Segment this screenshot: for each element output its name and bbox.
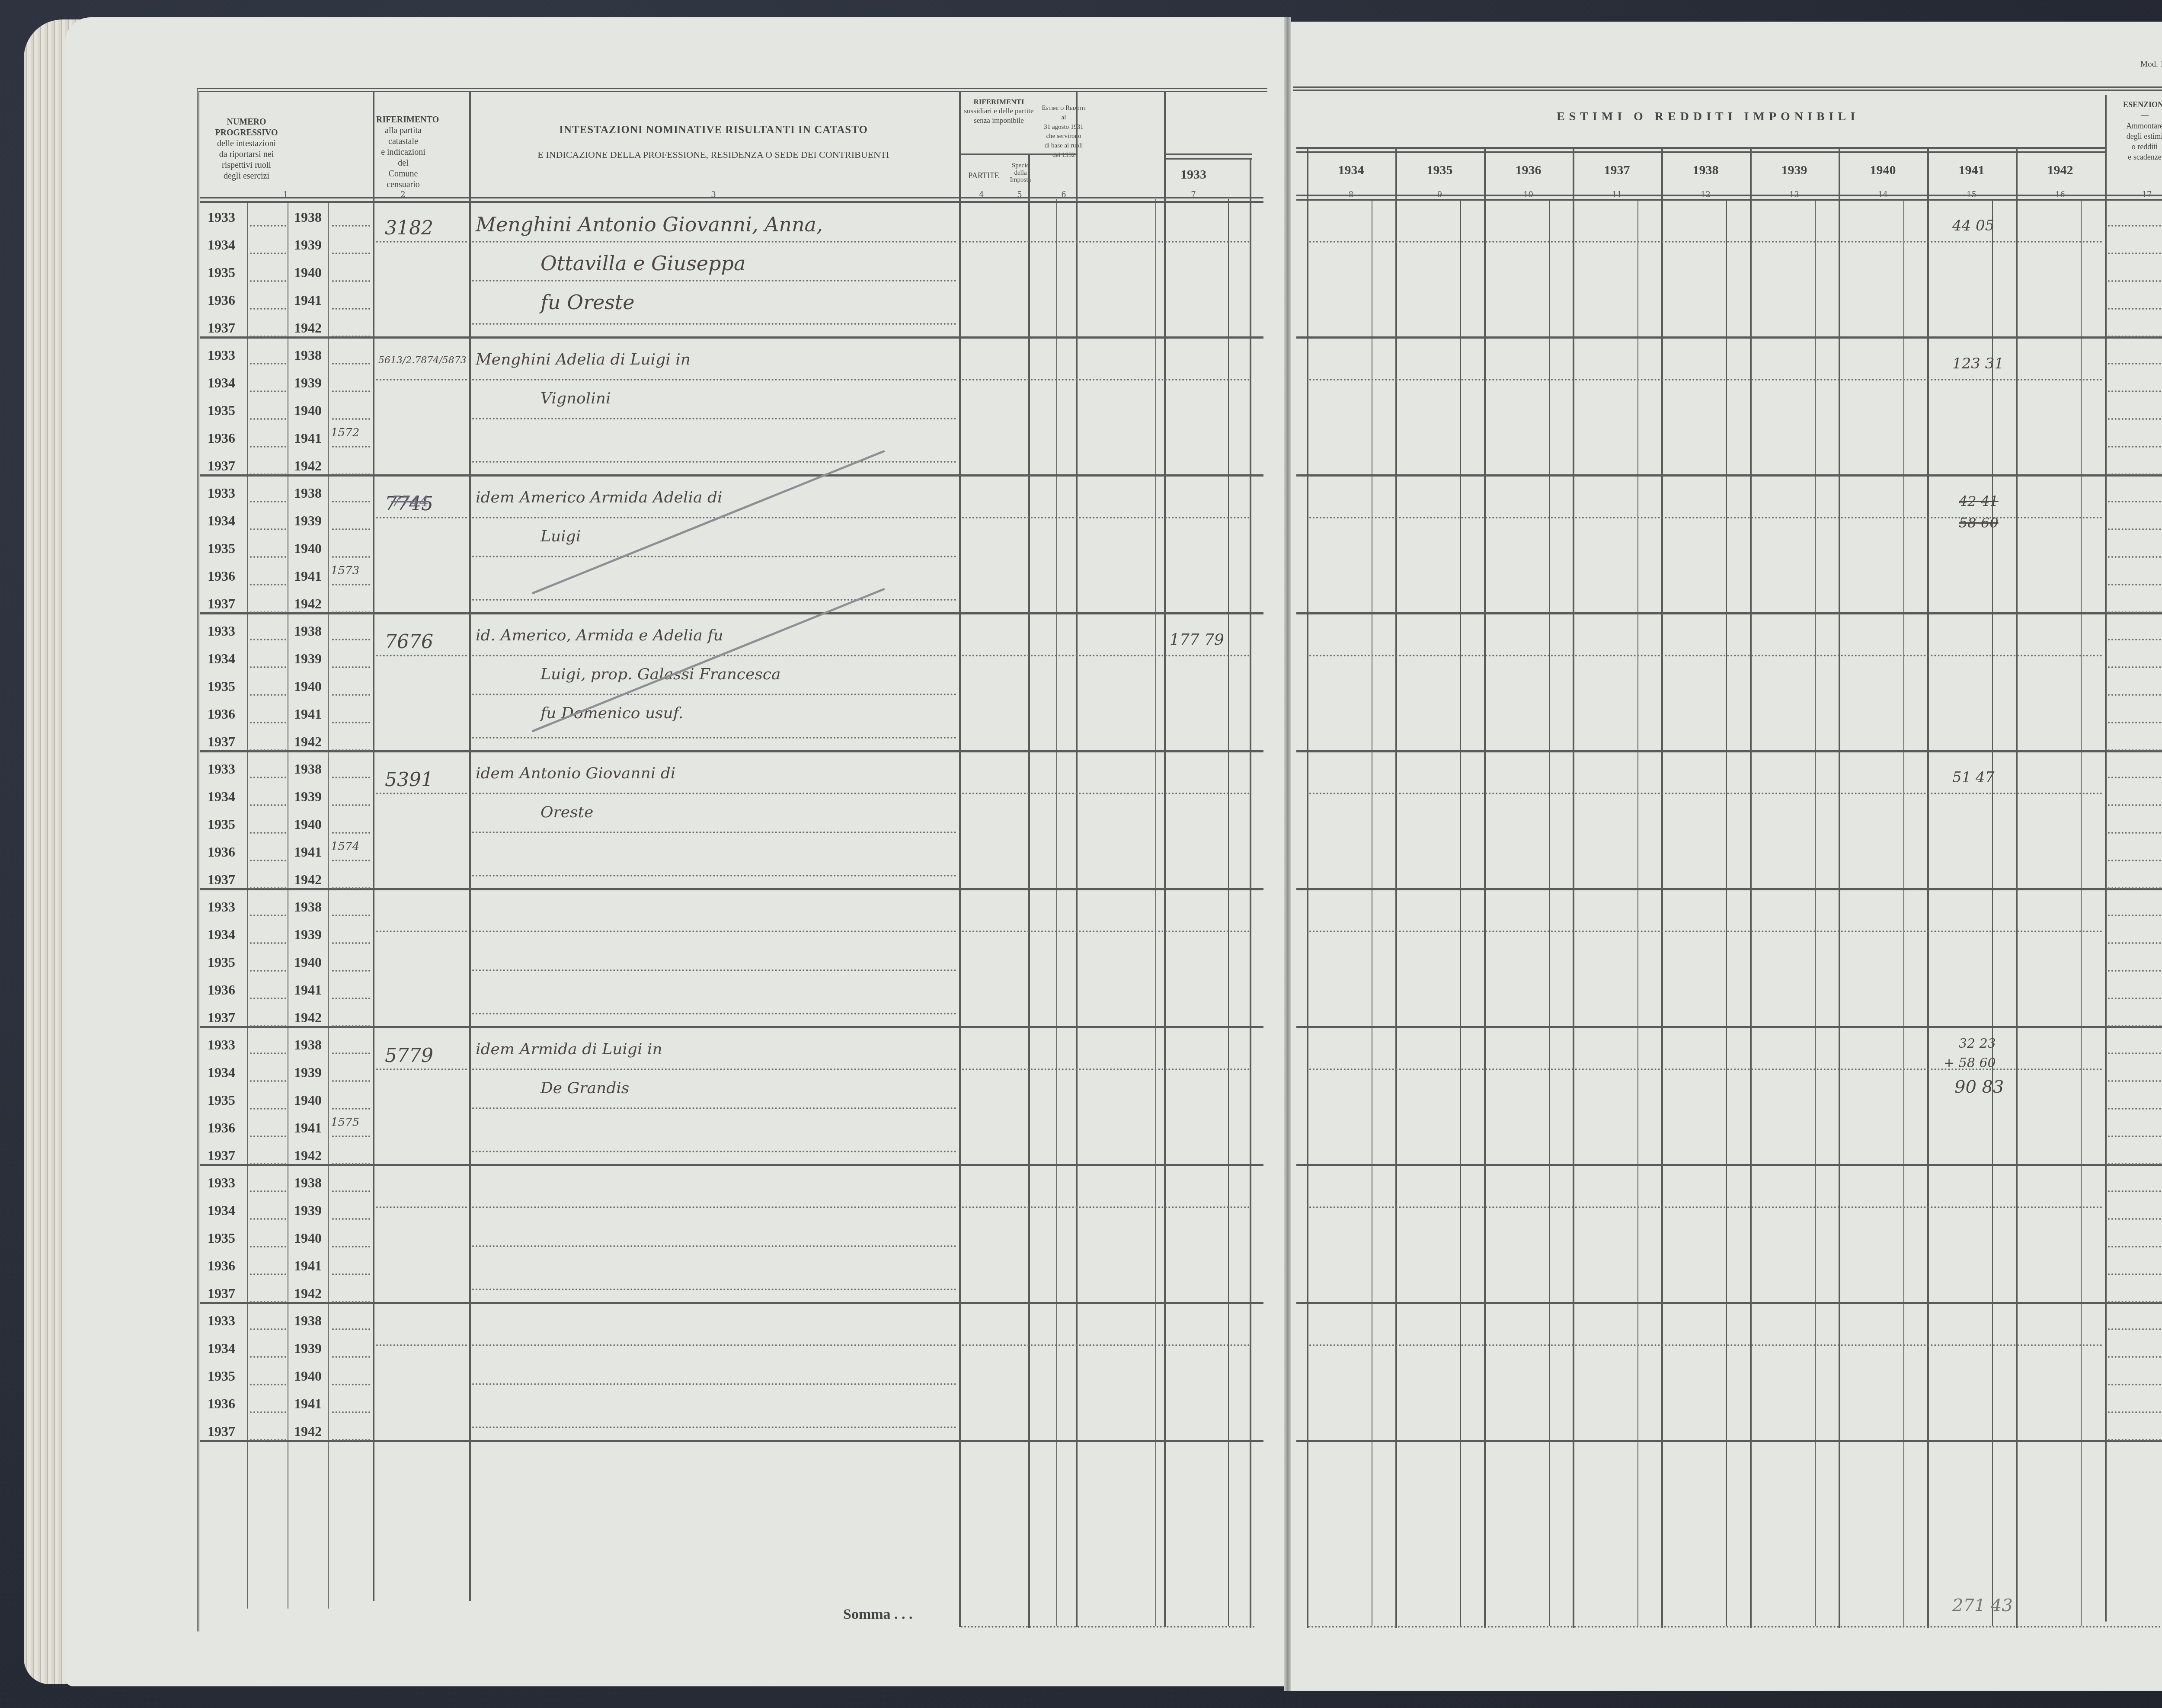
year-dots: [250, 1218, 286, 1220]
year-dots: [332, 777, 370, 778]
exemption-dots: [2108, 998, 2162, 999]
col-divider: [2105, 95, 2107, 1622]
exemption-dots: [2108, 556, 2162, 558]
exemption-dots: [2108, 473, 2162, 475]
cents-divider: [1460, 199, 1461, 1626]
name-line: [472, 241, 956, 243]
exemption-dots: [2108, 749, 2162, 751]
col-divider: [469, 92, 471, 1601]
year-dots: [250, 915, 286, 916]
year-label: 1940: [294, 541, 322, 557]
year-dots: [332, 1273, 370, 1275]
year-dots: [250, 694, 286, 696]
cents-divider: [1726, 199, 1727, 1626]
year-label: 1940: [294, 1230, 322, 1246]
value-line: [962, 1206, 1250, 1208]
year-dots: [332, 1190, 370, 1192]
year-dots: [332, 280, 370, 282]
exemption-dots: [2108, 501, 2162, 502]
year-dots: [332, 418, 370, 420]
year-dots: [250, 970, 286, 972]
header-col2-title: RIFERIMENTO: [376, 115, 430, 125]
col-divider: [1076, 92, 1078, 1627]
col-divider: [959, 92, 961, 1627]
header-col6: Estimi o Redditi al 31 agosto 1931 che s…: [1036, 104, 1092, 160]
value-line: [1309, 241, 2103, 243]
year-label: 1942: [294, 596, 322, 612]
estimi-title: ESTIMI O REDDITI IMPONIBILI: [1427, 109, 1989, 124]
name-line-text: Vignolini: [540, 390, 611, 407]
year-dots: [250, 777, 286, 778]
year-dots: [250, 584, 286, 585]
name-line: [472, 931, 956, 932]
value-1941: 58 60: [1959, 515, 1999, 531]
calc-b: + 58 60: [1944, 1056, 1996, 1071]
name-line: [472, 1206, 956, 1208]
year-label: 1937: [208, 1286, 235, 1302]
year-dots: [250, 639, 286, 640]
year-label: 1936: [208, 1396, 235, 1412]
year-label: 1941: [294, 1258, 322, 1274]
col-divider: [373, 92, 374, 1601]
year-dots: [250, 942, 286, 944]
year-label: 1938: [294, 623, 322, 639]
year-label: 1938: [294, 1037, 322, 1053]
year-label: 1942: [294, 1423, 322, 1439]
year-label: 1938: [294, 1313, 322, 1329]
year-label: 1942: [294, 1148, 322, 1164]
year-label: 1938: [294, 1175, 322, 1191]
name-line: [472, 694, 956, 695]
name-line: [472, 969, 956, 971]
year-label: 1934: [208, 375, 235, 391]
col17-dash: —: [2106, 110, 2162, 120]
year-dots: [332, 363, 370, 365]
sum-dots: [1308, 1626, 2162, 1628]
header-rule: [1166, 154, 1252, 160]
year-dots: [332, 336, 370, 337]
name-line: [472, 1289, 956, 1290]
col-divider: [1164, 92, 1166, 1627]
year-label: 1934: [208, 1203, 235, 1219]
years-rule: [1296, 147, 2105, 153]
exemption-dots: [2108, 611, 2162, 613]
year-dots: [332, 253, 370, 254]
value-line: [1309, 931, 2103, 932]
name-line: [472, 737, 956, 739]
col6-line: di base ai ruoli: [1036, 141, 1092, 151]
header-col17: ESENZIONI — Ammontare degli estimi o red…: [2106, 99, 2162, 163]
block-rule: [1296, 1164, 2162, 1166]
name-line: [472, 832, 956, 833]
value-line: [962, 793, 1250, 794]
year-label: 1933: [208, 209, 235, 225]
block-rule: [1296, 474, 2162, 477]
value-line: [1309, 1344, 2103, 1346]
year-label: 1939: [294, 927, 322, 943]
name-line: [472, 599, 956, 601]
value-1941: 123 31: [1952, 355, 2004, 372]
year-dots: [332, 1135, 370, 1137]
year-dots: [250, 308, 286, 310]
year-label: 1939: [294, 375, 322, 391]
exemption-dots: [2108, 1025, 2162, 1027]
year-label: 1940: [294, 265, 322, 281]
year-label: 1941: [294, 1396, 322, 1412]
exemption-dots: [2108, 887, 2162, 889]
year-label: 1935: [208, 816, 235, 832]
header-col2-sub: e indicazioni: [376, 147, 430, 158]
year-dots: [250, 1025, 286, 1027]
exemption-dots: [2108, 225, 2162, 227]
year-label: 1936: [208, 982, 235, 998]
name-line-text: Menghini Antonio Giovanni, Anna,: [476, 213, 823, 236]
value-line: [962, 379, 1250, 381]
year-dots: [332, 556, 370, 558]
year-label: 1941: [294, 292, 322, 308]
col-divider: [1028, 154, 1030, 1628]
year-dots: [332, 970, 370, 972]
year-label: 1938: [294, 761, 322, 777]
year-label: 1942: [294, 320, 322, 336]
name-line-text: Luigi: [540, 528, 581, 545]
year-label: 1937: [208, 458, 235, 474]
partita-number: 7676: [385, 631, 433, 653]
header-col3-title: INTESTAZIONI NOMINATIVE RISULTANTI IN CA…: [469, 123, 958, 137]
year-label: 1940: [294, 403, 322, 419]
block-rule: [1296, 750, 2162, 752]
year-label: 1937: [208, 1423, 235, 1439]
year-label: 1937: [208, 734, 235, 750]
year-label: 1935: [208, 1092, 235, 1108]
year-dots: [250, 1384, 286, 1385]
year-label: 1934: [208, 927, 235, 943]
value-line: [962, 655, 1250, 656]
exemption-dots: [2108, 336, 2162, 337]
year-dots: [332, 749, 370, 751]
exemption-dots: [2108, 1218, 2162, 1220]
cents-divider: [1549, 199, 1550, 1626]
year-label: 1935: [208, 678, 235, 694]
year-dots: [250, 887, 286, 889]
exemption-dots: [2108, 694, 2162, 696]
year-label: 1933: [208, 623, 235, 639]
year-dots: [250, 225, 286, 227]
header-year: 1937: [1573, 162, 1661, 179]
name-line: [472, 323, 956, 325]
year-dots: [332, 473, 370, 475]
year-label: 1939: [294, 513, 322, 529]
year-dots: [332, 1218, 370, 1220]
exemption-dots: [2108, 777, 2162, 778]
year-dots: [250, 501, 286, 502]
header-col3-sub: E INDICAZIONE DELLA PROFESSIONE, RESIDEN…: [469, 149, 958, 161]
value-line: [376, 1206, 467, 1208]
year-dots: [332, 1301, 370, 1303]
year-dots: [332, 694, 370, 696]
year-dots: [250, 1135, 286, 1137]
exemption-dots: [2108, 1328, 2162, 1330]
header-year-1933: 1933: [1167, 166, 1219, 183]
year-label: 1941: [294, 568, 322, 584]
calc-a: 32 23: [1959, 1036, 1996, 1051]
year-label: 1941: [294, 706, 322, 722]
col17-title: ESENZIONI: [2106, 99, 2162, 110]
year-label: 1937: [208, 596, 235, 612]
header-col2-sub: Comune censuario: [376, 169, 430, 190]
year-dots: [250, 418, 286, 420]
year-label: 1939: [294, 1203, 322, 1219]
year-label: 1933: [208, 1175, 235, 1191]
col6-line: 31 agosto 1931: [1036, 123, 1092, 132]
value-line: [376, 793, 467, 794]
exemption-dots: [2108, 832, 2162, 834]
year-dots: [332, 722, 370, 723]
value-line: [962, 241, 1250, 243]
year-label: 1939: [294, 237, 322, 253]
year-label: 1933: [208, 347, 235, 363]
header-year: 1938: [1661, 162, 1750, 179]
col6-line: al: [1036, 113, 1092, 123]
year-label: 1942: [294, 1010, 322, 1026]
value-1933: 177 79: [1170, 631, 1224, 649]
block-rule: [1296, 888, 2162, 890]
year-label: 1936: [208, 844, 235, 860]
year-dots: [332, 1052, 370, 1054]
sum-1941-value: 271 43: [1952, 1596, 2013, 1615]
year-dots: [332, 501, 370, 502]
sum-dots: [961, 1626, 1255, 1628]
year-label: 1939: [294, 789, 322, 805]
value-1941: 51 47: [1952, 769, 1994, 786]
ref-1941: 1574: [331, 840, 359, 853]
header-rule: [961, 154, 1078, 155]
year-dots: [332, 1439, 370, 1441]
col6-line: Estimi o Redditi: [1036, 104, 1092, 113]
header-col1-title: NUMERO PROGRESSIVO: [203, 117, 290, 138]
year-label: 1940: [294, 1368, 322, 1384]
name-line: [472, 556, 956, 557]
exemption-dots: [2108, 253, 2162, 254]
year-dots: [332, 528, 370, 530]
year-dots: [250, 804, 286, 806]
year-dots: [332, 998, 370, 999]
year-dots: [250, 390, 286, 392]
year-dots: [250, 1301, 286, 1303]
year-dots: [332, 1411, 370, 1413]
exemption-dots: [2108, 1273, 2162, 1275]
year-dots: [332, 446, 370, 448]
year-dots: [250, 473, 286, 475]
col1-divider: [328, 203, 329, 1609]
value-line: [376, 241, 467, 243]
col17-sub: degli estimi: [2106, 131, 2162, 141]
value-line: [1309, 655, 2103, 656]
name-line-text: De Grandis: [540, 1079, 629, 1097]
year-dots: [250, 1328, 286, 1330]
value-line: [376, 517, 467, 518]
header-col1-sub: delle intestazioni: [203, 138, 290, 149]
block-rule: [1296, 336, 2162, 339]
year-label: 1936: [208, 568, 235, 584]
cents-divider: [1992, 199, 1993, 1626]
year-dots: [250, 556, 286, 558]
name-line-text: idem Armida di Luigi in: [476, 1040, 662, 1058]
value-line: [376, 655, 467, 656]
col17-sub: e scadenze: [2106, 152, 2162, 162]
header-col1-sub: degli esercizi: [203, 171, 290, 182]
year-dots: [250, 1052, 286, 1054]
exemption-dots: [2108, 1246, 2162, 1247]
book-gutter: [1284, 17, 1291, 1691]
ref-1941: 1572: [331, 426, 359, 439]
year-dots: [250, 336, 286, 337]
year-dots: [332, 1384, 370, 1385]
exemption-dots: [2108, 280, 2162, 282]
value-line: [376, 1068, 467, 1070]
header-year: 1935: [1395, 162, 1484, 179]
year-label: 1934: [208, 237, 235, 253]
year-label: 1935: [208, 1368, 235, 1384]
year-dots: [332, 1356, 370, 1358]
year-dots: [332, 225, 370, 227]
form-model-label: Mod. 111 - Imposte Dirette (Intercalare)…: [2140, 60, 2162, 69]
year-dots: [332, 1080, 370, 1082]
year-dots: [332, 308, 370, 310]
cents-divider: [2081, 199, 2082, 1626]
year-dots: [332, 860, 370, 861]
year-label: 1939: [294, 651, 322, 667]
year-label: 1938: [294, 347, 322, 363]
header-partite: PARTITE: [962, 171, 1005, 181]
year-label: 1933: [208, 1313, 235, 1329]
value-line: [376, 379, 467, 381]
right-table-frame: [1293, 86, 2162, 1630]
year-dots: [250, 1190, 286, 1192]
header-year: 1942: [2016, 162, 2104, 179]
partita-number: 3182: [385, 217, 433, 239]
value-line: [1309, 379, 2103, 381]
exemption-dots: [2108, 942, 2162, 944]
year-label: 1933: [208, 485, 235, 501]
value-line: [962, 517, 1250, 518]
value-1941-struck: 42 41: [1959, 493, 1999, 509]
specie-line: della: [1003, 170, 1038, 177]
block-rule: [1296, 612, 2162, 614]
block-rule: [1296, 1026, 2162, 1028]
year-dots: [250, 1273, 286, 1275]
exemption-dots: [2108, 804, 2162, 806]
value-line: [962, 931, 1250, 932]
year-label: 1934: [208, 651, 235, 667]
name-line: [472, 1068, 956, 1070]
year-label: 1937: [208, 872, 235, 888]
name-line-text: Ottavilla e Giuseppa: [540, 252, 745, 275]
year-label: 1936: [208, 1120, 235, 1136]
header-year: 1934: [1307, 162, 1395, 179]
name-line: [472, 1013, 956, 1014]
block-rule: [1296, 1440, 2162, 1442]
col1-divider: [288, 203, 288, 1609]
value-line: [962, 1068, 1250, 1070]
value-line: [962, 1344, 1250, 1346]
year-dots: [332, 804, 370, 806]
year-dots: [332, 887, 370, 889]
col17-sub: o redditi: [2106, 141, 2162, 152]
year-dots: [250, 611, 286, 613]
exemption-dots: [2108, 1163, 2162, 1165]
sum-label: Somma . . .: [843, 1606, 913, 1623]
name-line: [472, 418, 956, 419]
year-dots: [332, 584, 370, 585]
year-label: 1936: [208, 706, 235, 722]
header-year: 1936: [1484, 162, 1573, 179]
name-line-text: Oreste: [540, 803, 593, 821]
value-line: [1309, 1206, 2103, 1208]
year-dots: [332, 1163, 370, 1165]
header-year: 1939: [1750, 162, 1839, 179]
year-dots: [332, 390, 370, 392]
specie-line: Specie: [1003, 162, 1038, 170]
year-label: 1938: [294, 899, 322, 915]
year-dots: [250, 998, 286, 999]
header-col1: NUMERO PROGRESSIVO delle intestazioni da…: [203, 117, 290, 182]
header-specie: Specie della Imposta: [1003, 162, 1038, 184]
year-label: 1935: [208, 541, 235, 557]
header-col3: INTESTAZIONI NOMINATIVE RISULTANTI IN CA…: [469, 123, 958, 161]
name-line: [472, 1107, 956, 1109]
year-label: 1937: [208, 320, 235, 336]
year-dots: [250, 832, 286, 834]
col6-line: del 1932: [1036, 151, 1092, 160]
year-dots: [250, 280, 286, 282]
value-line: [376, 1344, 467, 1346]
header-col2: RIFERIMENTO alla partita catastale e ind…: [376, 115, 430, 190]
year-dots: [250, 1439, 286, 1441]
year-dots: [250, 1356, 286, 1358]
header-col1-sub: da riportarsi nei rispettivi ruoli: [203, 149, 290, 171]
ref-1941: 1573: [331, 564, 359, 577]
exemption-dots: [2108, 860, 2162, 861]
col-divider: [1056, 199, 1057, 1626]
ref-1941: 1575: [331, 1116, 359, 1129]
name-line: [472, 1344, 956, 1346]
year-label: 1934: [208, 1065, 235, 1081]
name-line-text: idem Antonio Giovanni di: [476, 764, 675, 782]
year-label: 1942: [294, 1286, 322, 1302]
col-divider: [1228, 199, 1229, 1626]
year-label: 1941: [294, 982, 322, 998]
year-dots: [250, 528, 286, 530]
year-label: 1940: [294, 1092, 322, 1108]
year-label: 1937: [208, 1148, 235, 1164]
exemption-dots: [2108, 308, 2162, 310]
exemption-dots: [2108, 528, 2162, 530]
year-dots: [332, 639, 370, 640]
year-dots: [250, 722, 286, 723]
year-label: 1938: [294, 485, 322, 501]
year-label: 1935: [208, 1230, 235, 1246]
year-dots: [332, 915, 370, 916]
name-line: [472, 793, 956, 794]
year-dots: [332, 1025, 370, 1027]
name-line-text: idem Americo Armida Adelia di: [476, 489, 723, 506]
year-label: 1935: [208, 403, 235, 419]
exemption-dots: [2108, 584, 2162, 585]
header-year: 1941: [1927, 162, 2016, 179]
year-label: 1941: [294, 430, 322, 446]
year-dots: [250, 446, 286, 448]
